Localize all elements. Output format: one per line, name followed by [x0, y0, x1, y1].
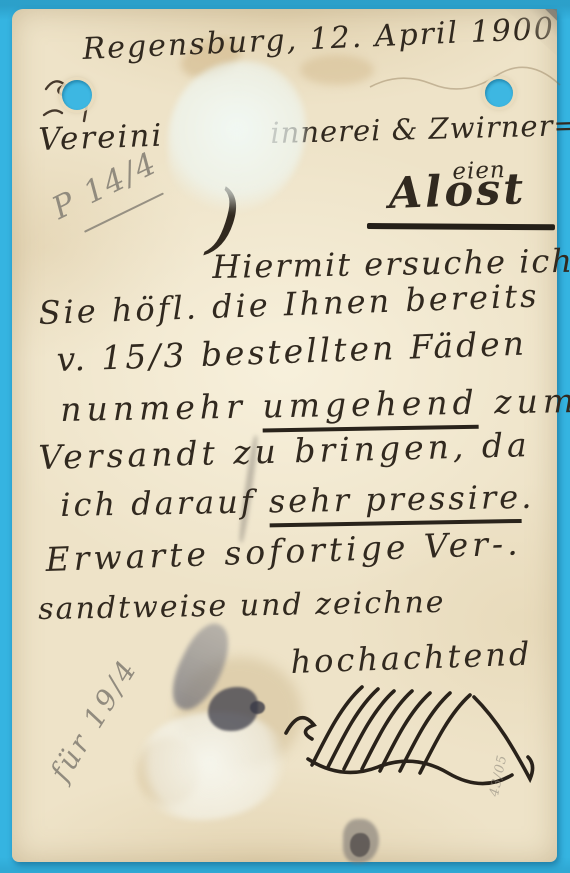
- scanned-postcard-page: { "postcard": { "dateline": "Regensburg,…: [0, 0, 570, 873]
- pencil-reply-note: für 19/4: [46, 654, 143, 785]
- abrasion-patch-bottom: [135, 712, 287, 820]
- body-line-5: Versandt zu bringen, da: [38, 428, 531, 474]
- crease-line: [370, 61, 560, 111]
- city-underline: [367, 223, 555, 230]
- body-line-6: ich darauf sehr pressire.: [60, 481, 535, 521]
- body-line-4: nunmehr umgehend zum: [60, 384, 570, 426]
- punch-hole-left: [62, 80, 92, 110]
- body-line-2: Sie höfl. die Ihnen bereits: [38, 280, 540, 329]
- body-line-3: v. 15/3 bestellten Fäden: [56, 327, 527, 376]
- underlined-phrase: sehr pressire: [268, 478, 521, 527]
- destination-city: Alost: [388, 168, 527, 216]
- closing-line: hochachtend: [290, 638, 533, 678]
- addressee-right-fragment: innerei & Zwirner=: [270, 111, 570, 148]
- tan-stain: [300, 55, 374, 85]
- underlined-word: umgehend: [262, 383, 479, 433]
- body-line-8: sandtweise und zeichne: [38, 588, 446, 625]
- pencil-registry-note: P 14/4: [48, 148, 163, 225]
- punch-hole-right: [485, 79, 513, 107]
- postcard-paper: Regensburg, 12. April 1900 Vereini inner…: [12, 9, 557, 862]
- abrasion-patch-top: [168, 61, 306, 213]
- body-line-7: Erwarte sofortige Ver-.: [45, 526, 522, 576]
- ink-blot-satellite: [250, 701, 265, 714]
